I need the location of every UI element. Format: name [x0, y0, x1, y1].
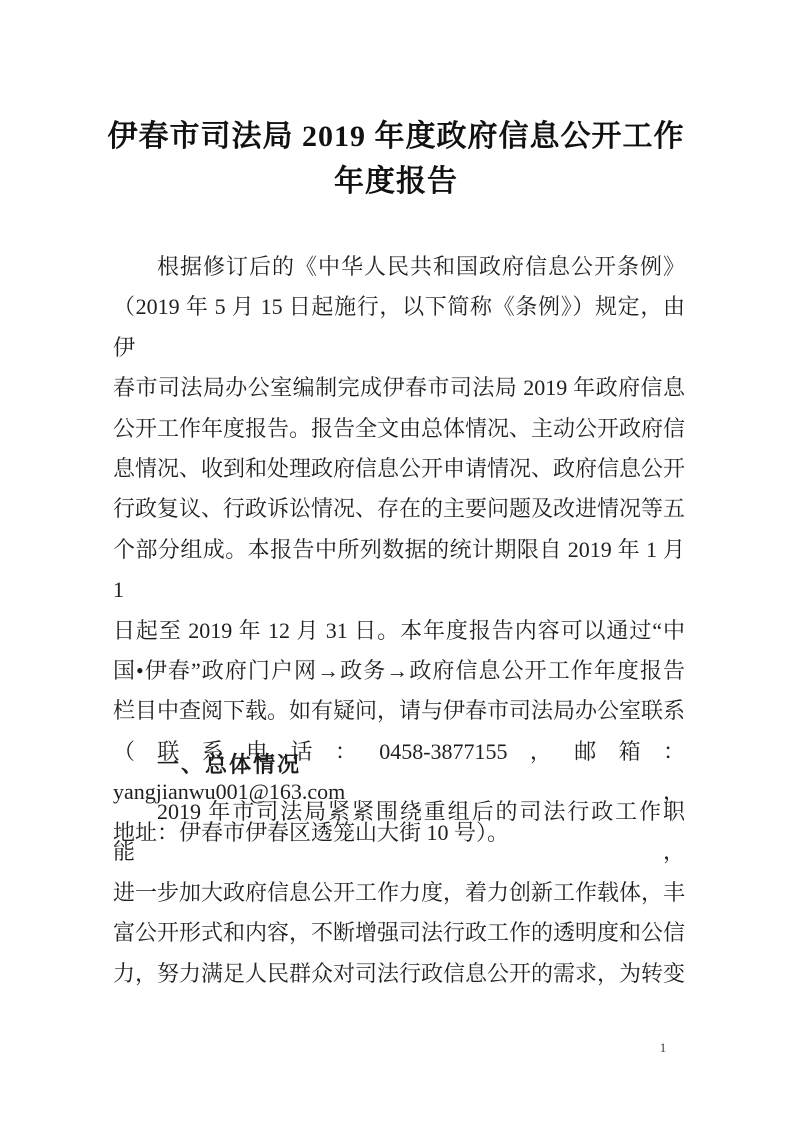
- title-line-1: 伊春市司法局 2019 年度政府信息公开工作: [56, 114, 736, 159]
- section-heading-overview: 一、总体情况: [113, 750, 685, 780]
- paragraph-line: 日起至 2019 年 12 月 31 日。本年度报告内容可以通过“中: [113, 611, 685, 651]
- document-title: 伊春市司法局 2019 年度政府信息公开工作 年度报告: [56, 114, 736, 204]
- paragraph-line: 行政复议、行政诉讼情况、存在的主要问题及改进情况等五: [113, 489, 685, 529]
- paragraph-line: 力，努力满足人民群众对司法行政信息公开的需求，为转变: [113, 954, 685, 994]
- title-line-2: 年度报告: [56, 159, 736, 204]
- paragraph-line: 富公开形式和内容，不断增强司法行政工作的透明度和公信: [113, 913, 685, 953]
- paragraph-line: 根据修订后的《中华人民共和国政府信息公开条例》: [113, 247, 685, 287]
- paragraph-line: 进一步加大政府信息公开工作力度，着力创新工作载体，丰: [113, 873, 685, 913]
- overview-paragraph: 2019 年市司法局紧紧围绕重组后的司法行政工作职能， 进一步加大政府信息公开工…: [113, 792, 685, 994]
- paragraph-line: 春市司法局办公室编制完成伊春市司法局 2019 年政府信息: [113, 368, 685, 408]
- paragraph-line: 2019 年市司法局紧紧围绕重组后的司法行政工作职能，: [113, 792, 685, 873]
- paragraph-line: 栏目中查阅下载。如有疑问，请与伊春市司法局办公室联系: [113, 691, 685, 731]
- paragraph-line: 息情况、收到和处理政府信息公开申请情况、政府信息公开: [113, 449, 685, 489]
- paragraph-line: 公开工作年度报告。报告全文由总体情况、主动公开政府信: [113, 409, 685, 449]
- page-number: 1: [645, 1040, 681, 1056]
- document-page: 伊春市司法局 2019 年度政府信息公开工作 年度报告 根据修订后的《中华人民共…: [0, 0, 793, 1122]
- paragraph-line: 国•伊春”政府门户网→政务→政府信息公开工作年度报告: [113, 651, 685, 691]
- paragraph-line: 个部分组成。本报告中所列数据的统计期限自 2019 年 1 月 1: [113, 530, 685, 611]
- paragraph-line: （2019 年 5 月 15 日起施行，以下简称《条例》）规定，由伊: [113, 287, 685, 368]
